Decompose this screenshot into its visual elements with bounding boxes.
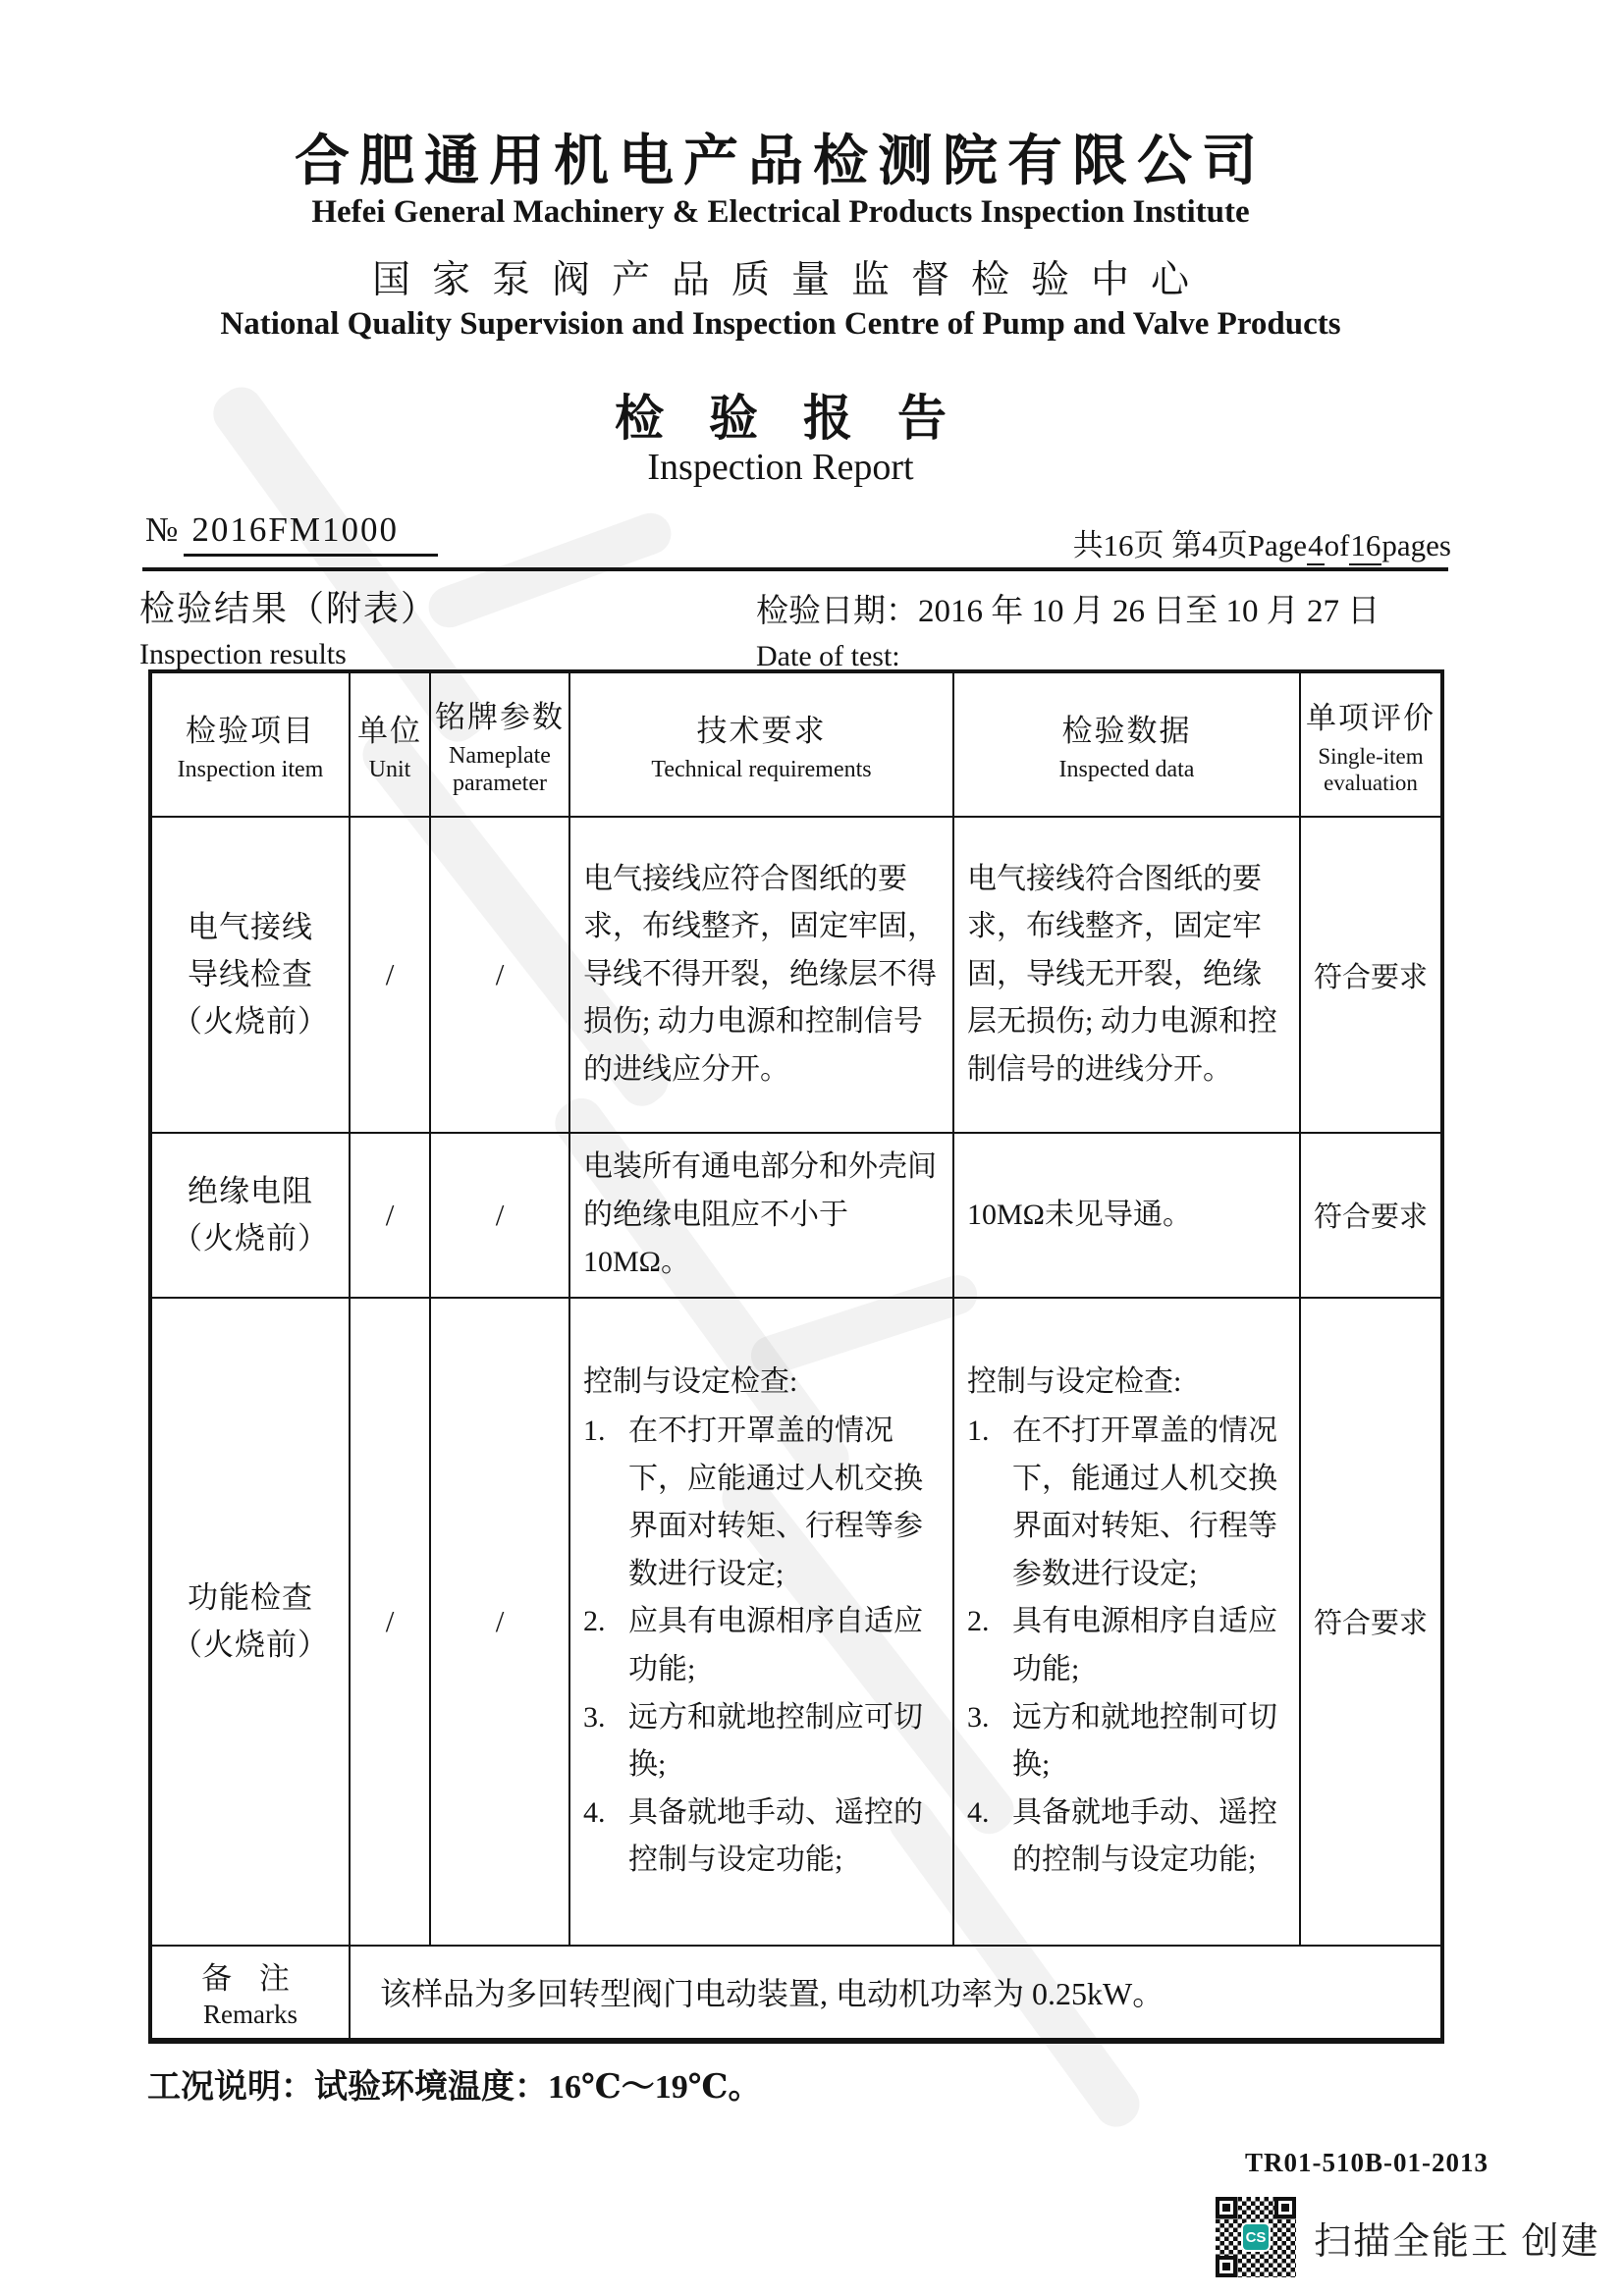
form-code: TR01-510B-01-2013 (1245, 2148, 1489, 2178)
table-row: 电气接线 导线检查 （火烧前） / / 电气接线应符合图纸的要求，布线整齐，固定… (150, 817, 1442, 1133)
row3-unit: / (350, 1298, 430, 1946)
row3-inspected-data: 控制与设定检查: 1. 在不打开罩盖的情况下，能通过人机交换界面对转矩、行程等参… (953, 1298, 1300, 1946)
row1-technical-requirements: 电气接线应符合图纸的要求，布线整齐，固定牢固，导线不得开裂，绝缘层不得损伤; 动… (569, 817, 953, 1133)
header-item-en: Inspection item (152, 756, 349, 783)
qr-finder-icon (1274, 2197, 1296, 2218)
header-nameplate-zh: 铭牌参数 (431, 692, 568, 736)
header-data-en: Inspected data (954, 756, 1299, 783)
list-text: 应具有电源相序自适应功能; (628, 1598, 940, 1693)
header-technical-requirements: 技术要求 Technical requirements (569, 671, 953, 817)
camscanner-badge-icon: CS (1241, 2222, 1271, 2252)
current-page-number: 4 (1307, 528, 1325, 565)
row2-evaluation: 符合要求 (1300, 1133, 1442, 1298)
header-inspection-item: 检验项目 Inspection item (150, 671, 350, 817)
header-eval-en: Single-item evaluation (1301, 743, 1440, 796)
row1-evaluation: 符合要求 (1300, 817, 1442, 1133)
test-date-label-en: Date of test: (756, 640, 900, 673)
list-number: 2. (583, 1598, 628, 1693)
list-item: 3. 远方和就地控制可切换; (967, 1694, 1286, 1789)
tech-list-heading: 控制与设定检查: (583, 1359, 940, 1407)
list-text: 具有电源相序自适应功能; (1012, 1598, 1286, 1693)
list-item: 4. 具备就地手动、遥控的控制与设定功能; (583, 1789, 940, 1885)
row3-nameplate: / (430, 1298, 569, 1946)
list-number: 3. (967, 1694, 1012, 1789)
horizontal-rule (142, 567, 1448, 571)
row3-item: 功能检查 （火烧前） (150, 1298, 350, 1946)
page-info-suffix: pages (1381, 528, 1451, 562)
list-number: 1. (967, 1408, 1012, 1598)
row3-technical-requirements: 控制与设定检查: 1. 在不打开罩盖的情况下，应能通过人机交换界面对转矩、行程等… (569, 1298, 953, 1946)
remarks-label-cell: 备 注 Remarks (150, 1946, 350, 2041)
scan-app-note: 扫描全能王 创建 (1314, 2211, 1600, 2265)
row1-unit: / (350, 817, 430, 1133)
report-no-label: № (145, 510, 184, 549)
header-data-zh: 检验数据 (954, 706, 1299, 750)
page-info-of: of (1325, 528, 1350, 562)
center-name-en: National Quality Supervision and Inspect… (0, 306, 1561, 343)
qr-finder-icon (1216, 2197, 1237, 2218)
header-single-item-evaluation: 单项评价 Single-item evaluation (1300, 671, 1442, 817)
header-nameplate: 铭牌参数 Nameplate parameter (430, 671, 569, 817)
total-page-number: 16 (1349, 528, 1381, 565)
qr-finder-icon (1216, 2256, 1237, 2277)
list-number: 4. (967, 1789, 1012, 1885)
list-text: 远方和就地控制应可切换; (628, 1694, 940, 1789)
inspection-report-page: 合肥通用机电产品检测院有限公司 Hefei General Machinery … (0, 0, 1624, 2296)
list-text: 远方和就地控制可切换; (1012, 1694, 1286, 1789)
row1-item: 电气接线 导线检查 （火烧前） (150, 817, 350, 1133)
table-header-row: 检验项目 Inspection item 单位 Unit 铭牌参数 Namepl… (150, 671, 1442, 817)
list-item: 1. 在不打开罩盖的情况下，应能通过人机交换界面对转矩、行程等参数进行设定; (583, 1408, 940, 1598)
report-title-zh: 检验报告 (0, 379, 1561, 450)
report-number-line: №2016FM1000 (145, 510, 438, 557)
header-tech-zh: 技术要求 (570, 706, 952, 750)
qr-code: CS (1216, 2197, 1296, 2277)
org-name-zh: 合肥通用机电产品检测院有限公司 (0, 118, 1561, 196)
list-text: 具备就地手动、遥控的控制与设定功能; (1012, 1789, 1286, 1885)
header-nameplate-en: Nameplate parameter (431, 742, 568, 798)
header-item-zh: 检验项目 (152, 706, 349, 750)
list-number: 4. (583, 1789, 628, 1885)
results-label-zh: 检验结果（附表） (139, 581, 438, 631)
header-eval-zh: 单项评价 (1301, 693, 1440, 737)
remarks-label-en: Remarks (152, 2000, 349, 2030)
list-number: 1. (583, 1408, 628, 1598)
row2-inspected-data: 10MΩ未见导通。 (953, 1133, 1300, 1298)
remarks-text: 该样品为多回转型阀门电动装置, 电动机功率为 0.25kW。 (350, 1946, 1442, 2041)
row1-inspected-data: 电气接线符合图纸的要求，布线整齐，固定牢固，导线无开裂，绝缘层无损伤; 动力电源… (953, 817, 1300, 1133)
row2-nameplate: / (430, 1133, 569, 1298)
header-unit: 单位 Unit (350, 671, 430, 817)
results-label-en: Inspection results (139, 638, 347, 671)
list-item: 1. 在不打开罩盖的情况下，能通过人机交换界面对转矩、行程等参数进行设定; (967, 1408, 1286, 1598)
remarks-label-zh: 备 注 (152, 1953, 349, 1998)
report-number: 2016FM1000 (184, 510, 438, 557)
row3-evaluation: 符合要求 (1300, 1298, 1442, 1946)
test-date: 检验日期：2016 年 10 月 26 日至 10 月 27 日 (756, 585, 1380, 631)
row2-technical-requirements: 电装所有通电部分和外壳间的绝缘电阻应不小于 10MΩ。 (569, 1133, 953, 1298)
org-name-en: Hefei General Machinery & Electrical Pro… (0, 194, 1561, 231)
list-item: 3. 远方和就地控制应可切换; (583, 1694, 940, 1789)
header-unit-en: Unit (351, 756, 429, 783)
inspection-results-table: 检验项目 Inspection item 单位 Unit 铭牌参数 Namepl… (148, 669, 1444, 2044)
header-unit-zh: 单位 (351, 706, 429, 750)
row2-unit: / (350, 1133, 430, 1298)
list-text: 在不打开罩盖的情况下，能通过人机交换界面对转矩、行程等参数进行设定; (1012, 1408, 1286, 1598)
list-text: 在不打开罩盖的情况下，应能通过人机交换界面对转矩、行程等参数进行设定; (628, 1408, 940, 1598)
row1-nameplate: / (430, 817, 569, 1133)
header-tech-en: Technical requirements (570, 756, 952, 783)
table-row: 功能检查 （火烧前） / / 控制与设定检查: 1. 在不打开罩盖的情况下，应能… (150, 1298, 1442, 1946)
page-info-prefix: 共16页 第4页Page (1073, 528, 1308, 562)
list-item: 2. 具有电源相序自适应功能; (967, 1598, 1286, 1693)
list-item: 2. 应具有电源相序自适应功能; (583, 1598, 940, 1693)
scanner-credit: CS 扫描全能王 创建 (1216, 2197, 1600, 2277)
center-name-zh: 国家泵阀产品质量监督检验中心 (0, 249, 1561, 304)
list-text: 具备就地手动、遥控的控制与设定功能; (628, 1789, 940, 1885)
remarks-row: 备 注 Remarks 该样品为多回转型阀门电动装置, 电动机功率为 0.25k… (150, 1946, 1442, 2041)
row2-item: 绝缘电阻 （火烧前） (150, 1133, 350, 1298)
operating-condition-note: 工况说明：试验环境温度：16℃～19℃。 (147, 2059, 761, 2108)
page-info: 共16页 第4页Page4of16pages (1001, 520, 1451, 564)
list-item: 4. 具备就地手动、遥控的控制与设定功能; (967, 1789, 1286, 1885)
list-number: 2. (967, 1598, 1012, 1693)
header-inspected-data: 检验数据 Inspected data (953, 671, 1300, 817)
report-title-en: Inspection Report (0, 446, 1561, 489)
data-list-heading: 控制与设定检查: (967, 1359, 1286, 1407)
table-row: 绝缘电阻 （火烧前） / / 电装所有通电部分和外壳间的绝缘电阻应不小于 10M… (150, 1133, 1442, 1298)
list-number: 3. (583, 1694, 628, 1789)
